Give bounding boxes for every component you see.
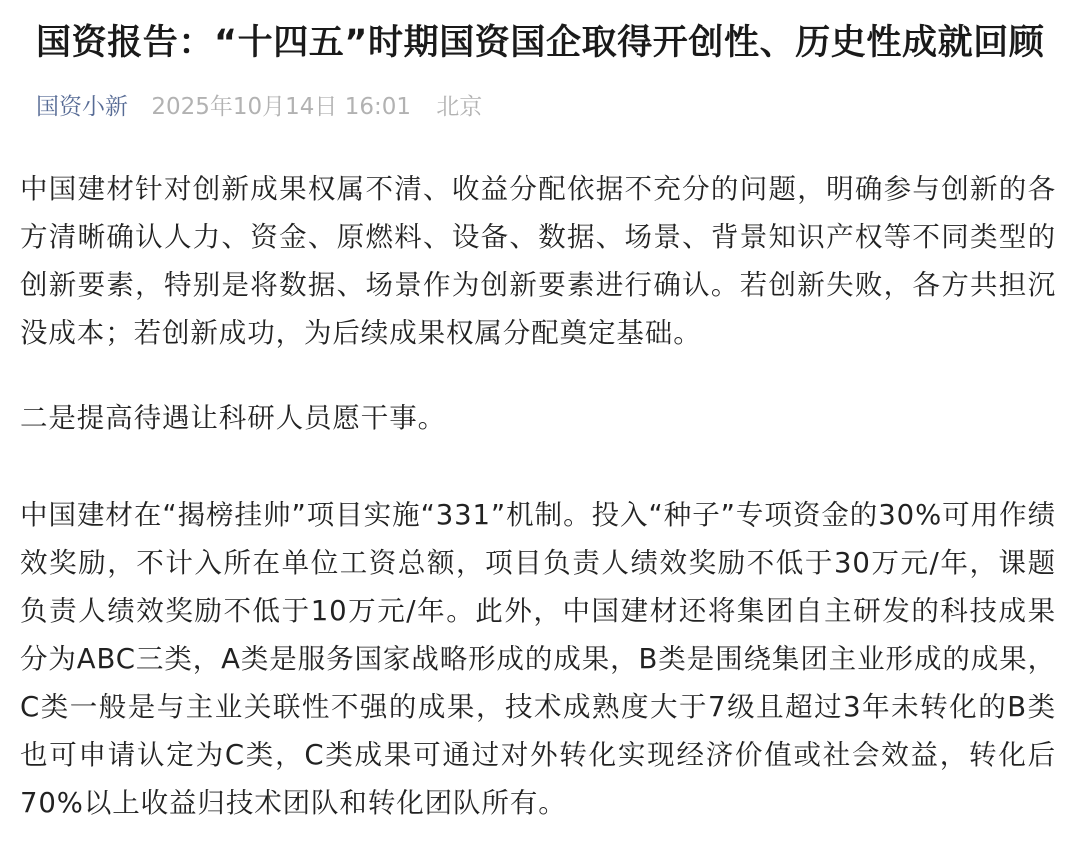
paragraph-innovation-ownership: 中国建材针对创新成果权属不清、收益分配依据不充分的问题，明确参与创新的各方清晰确… <box>20 165 1056 357</box>
paragraph-331-mechanism: 中国建材在“揭榜挂帅”项目实施“331”机制。投入“种子”专项资金的30%可用作… <box>20 491 1056 827</box>
paragraph-heading-incentives: 二是提高待遇让科研人员愿干事。 <box>20 394 1056 442</box>
publish-date: 2025年10月14日 16:01 <box>151 94 411 120</box>
publish-location: 北京 <box>436 94 482 120</box>
article-meta: 国资小新 2025年10月14日 16:01 北京 <box>36 90 482 124</box>
article: 国资报告：“十四五”时期国资国企取得开创性、历史性成就回顾 国资小新 2025年… <box>0 0 1080 841</box>
article-title: 国资报告：“十四五”时期国资国企取得开创性、历史性成就回顾 <box>36 18 1076 68</box>
author-link[interactable]: 国资小新 <box>36 94 128 120</box>
